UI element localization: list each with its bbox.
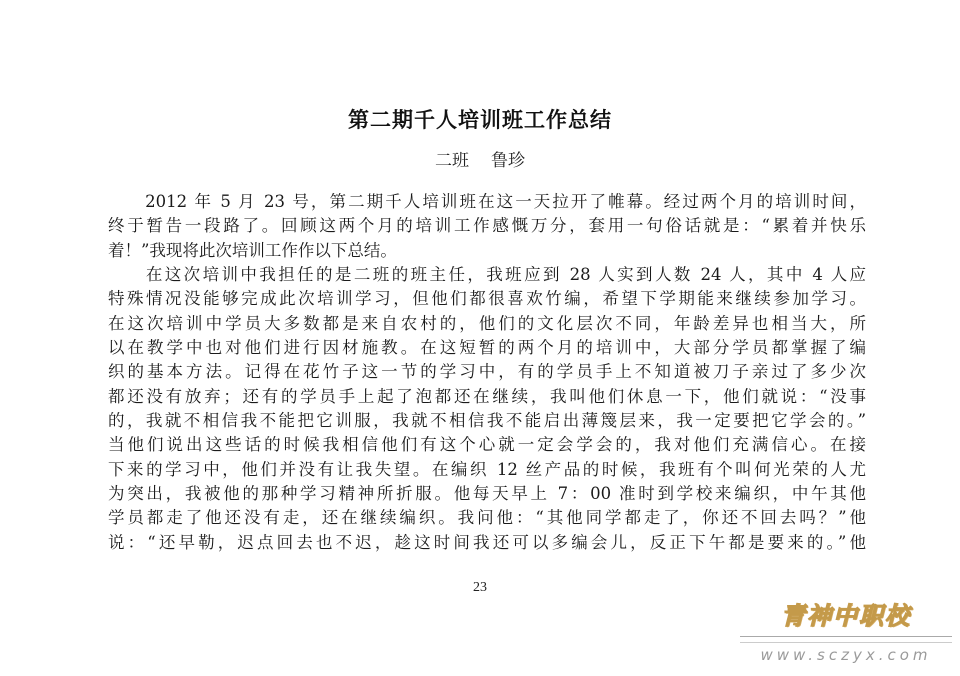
text-line: 在这次培训中我担任的是二班的班主任，我班应到 28 人实到人数 24 人，其中 … bbox=[108, 263, 866, 287]
watermark-url: www.sczyx.com bbox=[740, 646, 952, 664]
text-line: 织的基本方法。记得在花竹子这一节的学习中，有的学员手上不知道被刀子亲过了多少次 bbox=[108, 360, 866, 384]
author-class: 二班 bbox=[435, 151, 469, 171]
text-line: 下来的学习中，他们并没有让我失望。在编织 12 丝产品的时候，我班有个叫何光荣的… bbox=[108, 458, 866, 482]
author-line: 二班鲁珍 bbox=[0, 146, 960, 171]
document-title: 第二期千人培训班工作总结 bbox=[0, 104, 960, 134]
text-line: 说：“还早勒，迟点回去也不迟，趁这时间我还可以多编会儿，反正下午都是要来的。”他 bbox=[108, 531, 866, 555]
author-name: 鲁珍 bbox=[491, 151, 525, 171]
text-line: 以在教学中也对他们进行因材施教。在这短暂的两个月的培训中，大部分学员都掌握了编 bbox=[108, 336, 866, 360]
text-line: 终于暂告一段路了。回顾这两个月的培训工作感慨万分，套用一句俗话就是：“累着并快乐 bbox=[108, 214, 866, 238]
text-line: 为突出，我被他的那种学习精神所折服。他每天早上 7：00 准时到学校来编织，中午… bbox=[108, 482, 866, 506]
watermark-divider bbox=[740, 642, 952, 643]
text-line: 2012 年 5 月 23 号，第二期千人培训班在这一天拉开了帷幕。经过两个月的… bbox=[108, 190, 866, 214]
text-line: 在这次培训中学员大多数都是来自农村的，他们的文化层次不同，年龄差异也相当大，所 bbox=[108, 312, 866, 336]
text-line: 着！”我现将此次培训工作作以下总结。 bbox=[108, 239, 866, 263]
text-line: 的，我就不相信我不能把它训服，我就不相信我不能启出薄篾层来，我一定要把它学会的。… bbox=[108, 409, 866, 433]
body-text: 2012 年 5 月 23 号，第二期千人培训班在这一天拉开了帷幕。经过两个月的… bbox=[108, 190, 866, 555]
text-line: 特殊情况没能够完成此次培训学习，但他们都很喜欢竹编，希望下学期能来继续参加学习。 bbox=[108, 287, 866, 311]
text-line: 当他们说出这些话的时候我相信他们有这个心就一定会学会的，我对他们充满信心。在接 bbox=[108, 433, 866, 457]
text-line: 学员都走了他还没有走，还在继续编织。我问他：“其他同学都走了，你还不回去吗？”他 bbox=[108, 506, 866, 530]
watermark-divider bbox=[740, 636, 952, 637]
watermark-logo: 青神中职校 www.sczyx.com bbox=[740, 596, 952, 668]
text-line: 都还没有放弃；还有的学员手上起了泡都还在继续，我叫他们休息一下，他们就说：“没事 bbox=[108, 385, 866, 409]
page-number: 23 bbox=[0, 580, 960, 596]
watermark-name: 青神中职校 bbox=[740, 596, 952, 631]
